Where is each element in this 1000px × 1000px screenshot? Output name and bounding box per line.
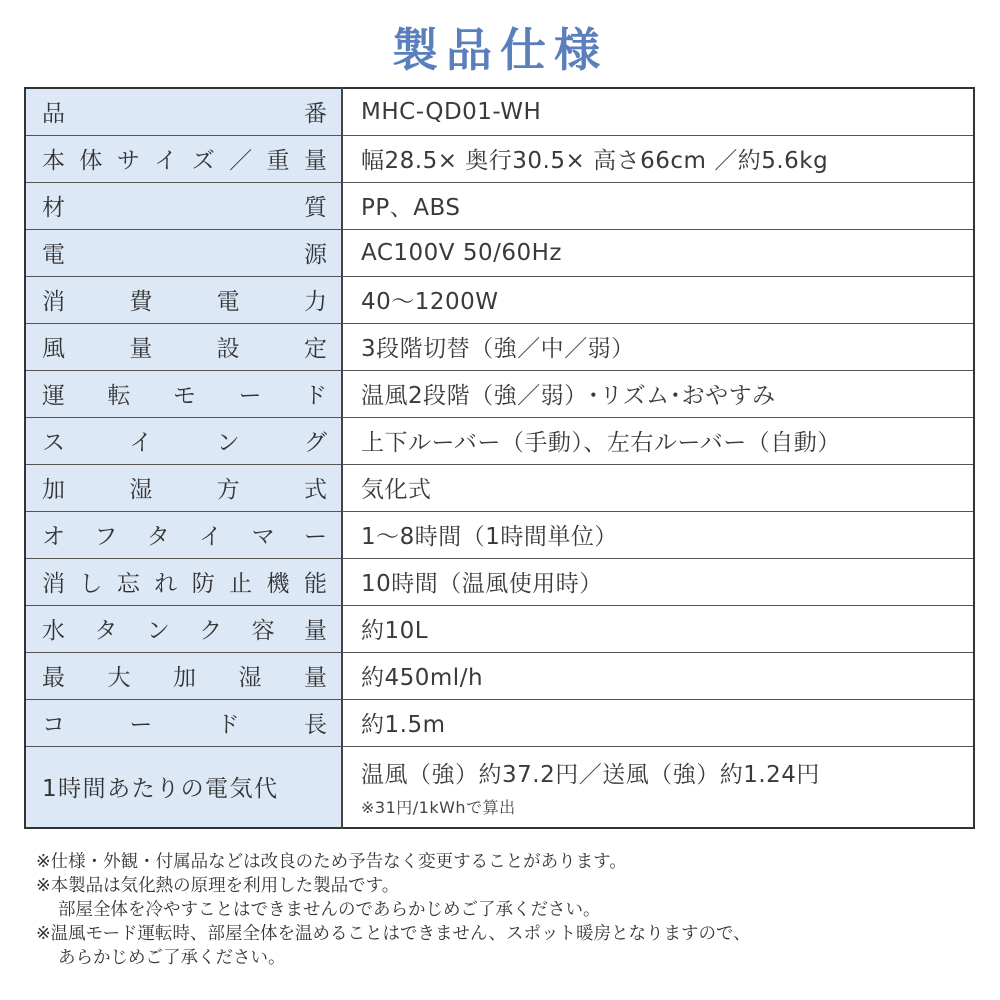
spec-label-char: 源 <box>304 236 327 269</box>
spec-row: オフタイマー1～8時間（1時間単位） <box>25 511 974 558</box>
spec-label: 最大加湿量 <box>25 652 342 699</box>
spec-label-char: 転 <box>108 377 131 410</box>
spec-label-char: 費 <box>129 283 152 316</box>
spec-value-text: 約1.5m <box>361 706 955 739</box>
spec-label-char: イ <box>129 424 152 457</box>
spec-label-char: マ <box>252 518 275 551</box>
spec-label-char: フ <box>94 518 117 551</box>
spec-label-char: し <box>79 565 102 598</box>
spec-label-char: 設 <box>217 330 240 363</box>
spec-label-char: ー <box>239 377 262 410</box>
spec-row: 消費電力40～1200W <box>25 276 974 323</box>
spec-label-char: 運 <box>42 377 65 410</box>
spec-label-char: ス <box>42 424 65 457</box>
spec-value-text: PP、ABS <box>361 189 955 222</box>
spec-label-char: ド <box>217 706 240 739</box>
spec-label-char: 加 <box>42 471 65 504</box>
spec-value: 40～1200W <box>342 276 974 323</box>
spec-value-text: 3段階切替（強／中／弱） <box>361 330 955 363</box>
spec-row: 風量設定3段階切替（強／中／弱） <box>25 323 974 370</box>
spec-label-char: 大 <box>108 659 131 692</box>
spec-label-char: 消 <box>42 283 65 316</box>
spec-label-char: 加 <box>173 659 196 692</box>
spec-label-char: コ <box>42 706 65 739</box>
spec-label-char: ン <box>147 612 170 645</box>
spec-label-char: 最 <box>42 659 65 692</box>
spec-value: 温風（強）約37.2円／送風（強）約1.24円※31円/1kWhで算出 <box>342 746 974 828</box>
spec-label-text: 1時間あたりの電気代 <box>42 770 279 803</box>
spec-label-char: 機 <box>267 565 290 598</box>
spec-label-char: サ <box>117 142 140 175</box>
spec-value-text: 幅28.5× 奥行30.5× 高さ66cm ／約5.6kg <box>361 142 955 175</box>
spec-value: 約10L <box>342 605 974 652</box>
spec-value: 温風2段階（強／弱）･リズム･おやすみ <box>342 370 974 417</box>
spec-row: 運転モード温風2段階（強／弱）･リズム･おやすみ <box>25 370 974 417</box>
spec-label-char: モ <box>173 377 196 410</box>
spec-label-char: 風 <box>42 330 65 363</box>
spec-value-note: ※31円/1kWhで算出 <box>361 795 955 818</box>
spec-row: 材質PP、ABS <box>25 182 974 229</box>
spec-value-text: 温風（強）約37.2円／送風（強）約1.24円 <box>361 756 955 789</box>
spec-label-char: グ <box>304 424 327 457</box>
spec-row: 最大加湿量約450ml/h <box>25 652 974 699</box>
spec-label-char: 量 <box>304 659 327 692</box>
spec-label: 品番 <box>25 88 342 135</box>
spec-label: 運転モード <box>25 370 342 417</box>
spec-label-char: 忘 <box>117 565 140 598</box>
spec-label-char: ド <box>304 377 327 410</box>
spec-table: 品番MHC-QD01-WH本体サイズ／重量幅28.5× 奥行30.5× 高さ66… <box>24 87 975 829</box>
spec-label-char: イ <box>199 518 222 551</box>
spec-value: 上下ルーバー（手動）、左右ルーバー（自動） <box>342 417 974 464</box>
page-title: 製品仕様 <box>0 14 1000 80</box>
spec-label-char: 電 <box>42 236 65 269</box>
spec-label: 水タンク容量 <box>25 605 342 652</box>
spec-label: オフタイマー <box>25 511 342 558</box>
spec-value-text: 40～1200W <box>361 283 955 316</box>
spec-label-char: 式 <box>304 471 327 504</box>
spec-label-char: 質 <box>304 189 327 222</box>
spec-label: 消し忘れ防止機能 <box>25 558 342 605</box>
note-2-cont: 部屋全体を冷やすことはできませんのであらかじめご了承ください。 <box>36 898 986 922</box>
spec-label: 本体サイズ／重量 <box>25 135 342 182</box>
spec-row: 加湿方式気化式 <box>25 464 974 511</box>
spec-label-char: タ <box>94 612 117 645</box>
spec-label-char: オ <box>42 518 65 551</box>
spec-value: MHC-QD01-WH <box>342 88 974 135</box>
spec-row: 消し忘れ防止機能10時間（温風使用時） <box>25 558 974 605</box>
note-3: ※温風モード運転時、部屋全体を温めることはできません、スポット暖房となりますので… <box>36 922 986 946</box>
spec-label-char: ー <box>304 518 327 551</box>
spec-value-text: 約10L <box>361 612 955 645</box>
spec-label-char: ズ <box>192 142 215 175</box>
spec-label-char: ／ <box>229 142 252 175</box>
spec-value-text: 上下ルーバー（手動）、左右ルーバー（自動） <box>361 424 955 457</box>
spec-label: コード長 <box>25 699 342 746</box>
spec-label-char: 品 <box>42 95 65 128</box>
spec-label-char: 消 <box>42 565 65 598</box>
spec-row: 電源AC100V 50/60Hz <box>25 229 974 276</box>
spec-value-text: 約450ml/h <box>361 659 955 692</box>
spec-value: 1～8時間（1時間単位） <box>342 511 974 558</box>
spec-value: 3段階切替（強／中／弱） <box>342 323 974 370</box>
spec-label-char: 本 <box>42 142 65 175</box>
spec-label-char: 湿 <box>239 659 262 692</box>
spec-label-char: 防 <box>192 565 215 598</box>
spec-label-char: ー <box>129 706 152 739</box>
spec-label-char: イ <box>154 142 177 175</box>
spec-value: 幅28.5× 奥行30.5× 高さ66cm ／約5.6kg <box>342 135 974 182</box>
spec-label-char: 止 <box>229 565 252 598</box>
spec-label-char: 材 <box>42 189 65 222</box>
spec-label-char: 能 <box>304 565 327 598</box>
spec-label-char: 湿 <box>129 471 152 504</box>
spec-label-char: 力 <box>304 283 327 316</box>
spec-label-char: 容 <box>252 612 275 645</box>
note-1: ※仕様・外観・付属品などは改良のため予告なく変更することがあります。 <box>36 850 986 874</box>
spec-row: コード長約1.5m <box>25 699 974 746</box>
spec-value-text: 温風2段階（強／弱）･リズム･おやすみ <box>361 377 955 410</box>
spec-label-char: 量 <box>304 612 327 645</box>
spec-label-char: ク <box>199 612 222 645</box>
spec-value-text: MHC-QD01-WH <box>361 99 955 125</box>
spec-value: 約450ml/h <box>342 652 974 699</box>
spec-row: 1時間あたりの電気代温風（強）約37.2円／送風（強）約1.24円※31円/1k… <box>25 746 974 828</box>
spec-value-text: 気化式 <box>361 471 955 504</box>
spec-row: 品番MHC-QD01-WH <box>25 88 974 135</box>
spec-label-char: 水 <box>42 612 65 645</box>
spec-label: スイング <box>25 417 342 464</box>
spec-value: 10時間（温風使用時） <box>342 558 974 605</box>
spec-label-char: 体 <box>79 142 102 175</box>
spec-label-char: 電 <box>217 283 240 316</box>
spec-value: 約1.5m <box>342 699 974 746</box>
spec-value: PP、ABS <box>342 182 974 229</box>
spec-label: 加湿方式 <box>25 464 342 511</box>
spec-row: スイング上下ルーバー（手動）、左右ルーバー（自動） <box>25 417 974 464</box>
spec-label-char: 方 <box>217 471 240 504</box>
spec-value-text: AC100V 50/60Hz <box>361 240 955 266</box>
spec-value-text: 10時間（温風使用時） <box>361 565 955 598</box>
spec-label: 電源 <box>25 229 342 276</box>
spec-label-char: 定 <box>304 330 327 363</box>
note-3-cont: あらかじめご了承ください。 <box>36 946 986 970</box>
spec-label-char: 番 <box>304 95 327 128</box>
spec-label-char: ン <box>217 424 240 457</box>
spec-label: 材質 <box>25 182 342 229</box>
spec-value: AC100V 50/60Hz <box>342 229 974 276</box>
spec-label-char: 量 <box>304 142 327 175</box>
spec-label-char: 量 <box>129 330 152 363</box>
spec-label: 消費電力 <box>25 276 342 323</box>
spec-label-char: れ <box>154 565 177 598</box>
spec-value-text: 1～8時間（1時間単位） <box>361 518 955 551</box>
spec-label: 1時間あたりの電気代 <box>25 746 342 828</box>
spec-label-char: タ <box>147 518 170 551</box>
spec-label-char: 長 <box>304 706 327 739</box>
note-2: ※本製品は気化熱の原理を利用した製品です。 <box>36 874 986 898</box>
notes: ※仕様・外観・付属品などは改良のため予告なく変更することがあります。 ※本製品は… <box>36 850 986 970</box>
spec-label-char: 重 <box>267 142 290 175</box>
spec-row: 水タンク容量約10L <box>25 605 974 652</box>
spec-value: 気化式 <box>342 464 974 511</box>
spec-row: 本体サイズ／重量幅28.5× 奥行30.5× 高さ66cm ／約5.6kg <box>25 135 974 182</box>
spec-label: 風量設定 <box>25 323 342 370</box>
